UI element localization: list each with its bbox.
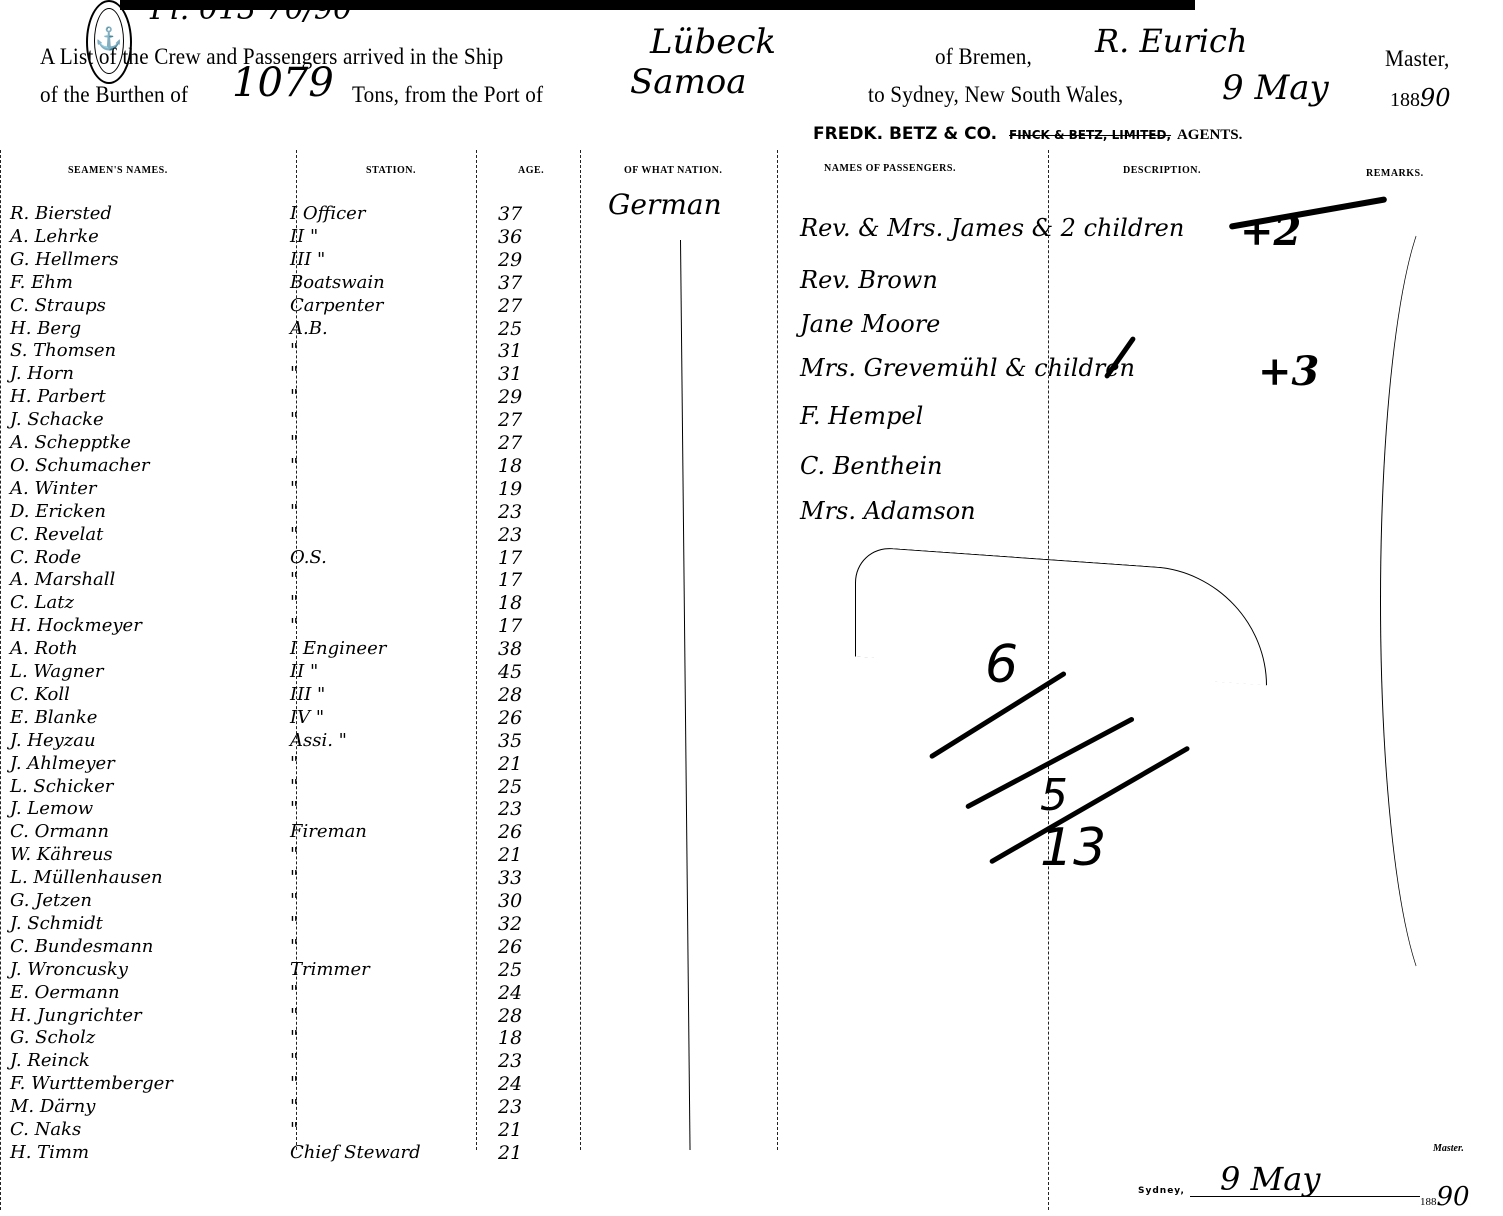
master-name: R. Eurich <box>1095 22 1247 60</box>
crew-name: M. Därny <box>10 1096 95 1117</box>
crew-name: R. Biersted <box>10 203 112 224</box>
crew-row: M. Därny"23 <box>0 1096 600 1118</box>
agent-active: FREDK. BETZ & CO. <box>813 124 997 144</box>
crew-age: 21 <box>498 1142 522 1164</box>
crew-name: E. Oermann <box>10 982 120 1003</box>
crew-name: W. Kähreus <box>10 844 113 865</box>
col-remarks: Remarks. <box>1366 168 1424 179</box>
crew-station: " <box>290 936 298 957</box>
crew-age: 31 <box>498 340 522 362</box>
header-line2-prefix: of the Burthen of <box>40 82 188 108</box>
crew-name: F. Wurttemberger <box>10 1073 173 1094</box>
crew-station: O.S. <box>290 547 327 568</box>
crew-name: L. Müllenhausen <box>10 867 163 888</box>
tally-adults: 6 <box>985 635 1018 695</box>
crew-name: C. Bundesmann <box>10 936 153 957</box>
crew-row: H. BergA.B.25 <box>0 318 600 340</box>
crew-name: J. Schacke <box>10 409 104 430</box>
crew-station: III " <box>290 684 325 705</box>
crew-name: H. Berg <box>10 318 81 339</box>
crew-station: Assi. " <box>290 730 347 751</box>
crew-station: " <box>290 432 298 453</box>
crew-age: 28 <box>498 684 522 706</box>
crew-name: C. Naks <box>10 1119 81 1140</box>
passenger-name: Mrs. Adamson <box>800 497 976 525</box>
passenger-name: F. Hempel <box>800 402 923 430</box>
crew-age: 21 <box>498 753 522 775</box>
crew-row: E. BlankeIV "26 <box>0 707 600 729</box>
port-of-origin: Samoa <box>630 62 747 102</box>
passenger-row: Rev. & Mrs. James & 2 children <box>800 214 1184 242</box>
crew-name: C. Rode <box>10 547 81 568</box>
reference-number: Pl. 013 70/90 <box>150 0 352 27</box>
crew-station: " <box>290 776 298 797</box>
crew-age: 35 <box>498 730 522 752</box>
crew-station: " <box>290 363 298 384</box>
crew-row: H. Jungrichter"28 <box>0 1005 600 1027</box>
crew-age: 27 <box>498 295 522 317</box>
crew-row: C. RodeO.S.17 <box>0 547 600 569</box>
crew-name: G. Hellmers <box>10 249 119 270</box>
crew-name: J. Wroncusky <box>10 959 128 980</box>
col-passenger-names: Names of Passengers. <box>824 163 956 174</box>
crew-age: 36 <box>498 226 522 248</box>
passenger-name: C. Benthein <box>800 452 943 480</box>
crew-station: Trimmer <box>290 959 370 980</box>
crew-row: C. Revelat"23 <box>0 524 600 546</box>
crew-station: " <box>290 982 298 1003</box>
footer-place-label: Sydney, <box>1138 1186 1185 1196</box>
crew-name: C. Ormann <box>10 821 109 842</box>
crew-name: A. Roth <box>10 638 78 659</box>
header-master-label: Master, <box>1385 46 1450 72</box>
crew-station: " <box>290 386 298 407</box>
crew-station: III " <box>290 249 325 270</box>
crew-station: " <box>290 1027 298 1048</box>
crew-row: A. Schepptke"27 <box>0 432 600 454</box>
crew-age: 29 <box>498 386 522 408</box>
crew-name: J. Heyzau <box>10 730 96 751</box>
crew-age: 27 <box>498 432 522 454</box>
crew-name: H. Hockmeyer <box>10 615 142 636</box>
header-tons-label: Tons, from the Port of <box>352 82 543 108</box>
crew-name: J. Schmidt <box>10 913 103 934</box>
footer-year: 18890 <box>1420 1182 1470 1212</box>
crew-station: " <box>290 569 298 590</box>
crew-row: C. Naks"21 <box>0 1119 600 1141</box>
ship-name: Lübeck <box>650 22 776 62</box>
crew-age: 19 <box>498 478 522 500</box>
crew-row: C. Latz"18 <box>0 592 600 614</box>
crew-station: " <box>290 1005 298 1026</box>
passenger-row: Rev. Brown <box>800 266 938 294</box>
crew-station: " <box>290 409 298 430</box>
agents-line: FREDK. BETZ & CO. FINCK & BETZ, LIMITED,… <box>813 124 1242 144</box>
crew-name: C. Latz <box>10 592 74 613</box>
crew-row: C. StraupsCarpenter27 <box>0 295 600 317</box>
crew-age: 23 <box>498 524 522 546</box>
crew-row: F. Wurttemberger"24 <box>0 1073 600 1095</box>
crew-row: D. Ericken"23 <box>0 501 600 523</box>
crew-name: J. Lemow <box>10 798 93 819</box>
crew-station: " <box>290 478 298 499</box>
crew-row: J. HeyzauAssi. "35 <box>0 730 600 752</box>
passenger-name: Rev. Brown <box>800 266 938 294</box>
crew-row: C. Bundesmann"26 <box>0 936 600 958</box>
arrival-year: 18890 <box>1390 84 1451 112</box>
tally-total: 13 <box>1040 818 1106 878</box>
col-description: Description. <box>1123 165 1201 176</box>
crew-name: C. Straups <box>10 295 106 316</box>
crew-age: 25 <box>498 959 522 981</box>
crew-row: L. Müllenhausen"33 <box>0 867 600 889</box>
crew-name: J. Reinck <box>10 1050 90 1071</box>
col-age: Age. <box>518 165 544 176</box>
crew-row: J. Reinck"23 <box>0 1050 600 1072</box>
crew-row: C. OrmannFireman26 <box>0 821 600 843</box>
crew-name: H. Timm <box>10 1142 89 1163</box>
flourish-line <box>1380 200 1502 1002</box>
crew-station: " <box>290 340 298 361</box>
crew-age: 23 <box>498 1096 522 1118</box>
crew-age: 32 <box>498 913 522 935</box>
crew-age: 23 <box>498 798 522 820</box>
crew-age: 31 <box>498 363 522 385</box>
flourish-line <box>855 546 1267 686</box>
passenger-name: Mrs. Grevemühl & children <box>800 354 1135 382</box>
passenger-row: Mrs. Adamson <box>800 497 976 525</box>
crew-name: L. Schicker <box>10 776 113 797</box>
crew-name: G. Scholz <box>10 1027 95 1048</box>
crew-station: " <box>290 592 298 613</box>
crew-station: " <box>290 501 298 522</box>
crew-station: " <box>290 753 298 774</box>
crew-row: G. Jetzen"30 <box>0 890 600 912</box>
crew-age: 29 <box>498 249 522 271</box>
crew-name: A. Winter <box>10 478 96 499</box>
crew-age: 26 <box>498 821 522 843</box>
crew-row: J. WroncuskyTrimmer25 <box>0 959 600 981</box>
crew-row: A. LehrkeII "36 <box>0 226 600 248</box>
crew-row: A. Marshall"17 <box>0 569 600 591</box>
year-handwritten: 90 <box>1420 84 1451 112</box>
year-printed: 188 <box>1390 89 1420 111</box>
header-of-port: of Bremen, <box>935 44 1032 70</box>
agent-struck: FINCK & BETZ, LIMITED, <box>1009 128 1171 142</box>
crew-row: R. BierstedI Officer37 <box>0 203 600 225</box>
passenger-row: F. Hempel <box>800 402 923 430</box>
crew-station: " <box>290 798 298 819</box>
crew-name: D. Ericken <box>10 501 106 522</box>
col-nation: Of what Nation. <box>624 165 722 176</box>
crew-station: II " <box>290 226 318 247</box>
arrival-date: 9 May <box>1222 68 1329 108</box>
crew-age: 37 <box>498 272 522 294</box>
crew-station: " <box>290 455 298 476</box>
crew-row: F. EhmBoatswain37 <box>0 272 600 294</box>
crew-station: A.B. <box>290 318 328 339</box>
footer-year-printed: 188 <box>1420 1196 1437 1208</box>
crew-name: E. Blanke <box>10 707 97 728</box>
crew-age: 26 <box>498 936 522 958</box>
crew-age: 18 <box>498 455 522 477</box>
crew-age: 25 <box>498 318 522 340</box>
crew-station: Fireman <box>290 821 367 842</box>
crew-station: Chief Steward <box>290 1142 421 1163</box>
crew-row: O. Schumacher"18 <box>0 455 600 477</box>
crew-station: " <box>290 1096 298 1117</box>
crew-age: 18 <box>498 592 522 614</box>
crew-row: G. HellmersIII "29 <box>0 249 600 271</box>
crew-station: " <box>290 890 298 911</box>
crew-age: 38 <box>498 638 522 660</box>
shipping-office-stamp: ⚓ <box>86 0 132 84</box>
tonnage: 1079 <box>232 60 334 106</box>
crew-name: A. Schepptke <box>10 432 131 453</box>
crew-row: L. Schicker"25 <box>0 776 600 798</box>
passenger-name: Rev. & Mrs. James & 2 children <box>800 214 1184 242</box>
crew-station: " <box>290 1119 298 1140</box>
crew-row: A. Winter"19 <box>0 478 600 500</box>
crew-name: J. Ahlmeyer <box>10 753 115 774</box>
crew-name: J. Horn <box>10 363 74 384</box>
crew-age: 24 <box>498 1073 522 1095</box>
nation-value: German <box>608 188 722 221</box>
footer-date: 9 May <box>1220 1160 1320 1198</box>
crew-age: 26 <box>498 707 522 729</box>
crew-row: S. Thomsen"31 <box>0 340 600 362</box>
crew-row: J. Ahlmeyer"21 <box>0 753 600 775</box>
crew-age: 21 <box>498 844 522 866</box>
crew-station: Carpenter <box>290 295 383 316</box>
crew-station: " <box>290 1050 298 1071</box>
crew-age: 17 <box>498 569 522 591</box>
crew-name: F. Ehm <box>10 272 73 293</box>
crew-age: 21 <box>498 1119 522 1141</box>
crew-row: H. Parbert"29 <box>0 386 600 408</box>
crew-name: C. Koll <box>10 684 70 705</box>
crew-age: 23 <box>498 501 522 523</box>
passenger-row: Mrs. Grevemühl & children <box>800 354 1135 382</box>
header-destination: to Sydney, New South Wales, <box>868 82 1123 108</box>
crew-station: Boatswain <box>290 272 385 293</box>
crew-station: " <box>290 524 298 545</box>
crew-station: IV " <box>290 707 324 728</box>
crew-name: C. Revelat <box>10 524 103 545</box>
footer-year-handwritten: 90 <box>1437 1182 1470 1212</box>
crew-age: 18 <box>498 1027 522 1049</box>
crew-name: H. Parbert <box>10 386 106 407</box>
crew-station: " <box>290 844 298 865</box>
crew-station: II " <box>290 661 318 682</box>
crew-row: E. Oermann"24 <box>0 982 600 1004</box>
column-divider <box>777 150 778 1150</box>
crew-name: O. Schumacher <box>10 455 149 476</box>
crew-row: J. Schmidt"32 <box>0 913 600 935</box>
crew-row: J. Schacke"27 <box>0 409 600 431</box>
ditto-line <box>680 240 691 1150</box>
crew-name: G. Jetzen <box>10 890 92 911</box>
crew-age: 24 <box>498 982 522 1004</box>
crew-age: 23 <box>498 1050 522 1072</box>
crew-row: G. Scholz"18 <box>0 1027 600 1049</box>
crew-age: 30 <box>498 890 522 912</box>
crew-name: S. Thomsen <box>10 340 116 361</box>
crew-station: " <box>290 615 298 636</box>
passenger-row: Jane Moore <box>800 310 940 338</box>
crew-row: L. WagnerII "45 <box>0 661 600 683</box>
passenger-name: Jane Moore <box>800 310 940 338</box>
footer-master-label: Master. <box>1433 1143 1464 1154</box>
passenger-row: C. Benthein <box>800 452 943 480</box>
col-seamen-names: Seamen's Names. <box>68 165 168 176</box>
crew-age: 17 <box>498 547 522 569</box>
crew-row: H. Hockmeyer"17 <box>0 615 600 637</box>
crew-age: 17 <box>498 615 522 637</box>
crew-name: L. Wagner <box>10 661 103 682</box>
crew-station: " <box>290 913 298 934</box>
crew-age: 37 <box>498 203 522 225</box>
crew-name: A. Marshall <box>10 569 115 590</box>
crew-row: W. Kähreus"21 <box>0 844 600 866</box>
crew-name: H. Jungrichter <box>10 1005 142 1026</box>
crew-age: 45 <box>498 661 522 683</box>
crew-station: I Officer <box>290 203 365 224</box>
crew-age: 33 <box>498 867 522 889</box>
crew-row: J. Lemow"23 <box>0 798 600 820</box>
tally-children: 5 <box>1040 770 1068 821</box>
crew-age: 27 <box>498 409 522 431</box>
crew-age: 28 <box>498 1005 522 1027</box>
passenger-remark: +3 <box>1258 348 1319 395</box>
crew-row: H. TimmChief Steward21 <box>0 1142 600 1164</box>
col-station: Station. <box>366 165 416 176</box>
crew-age: 25 <box>498 776 522 798</box>
crew-row: A. RothI Engineer38 <box>0 638 600 660</box>
crew-station: " <box>290 1073 298 1094</box>
agents-suffix: AGENTS. <box>1177 127 1242 143</box>
crew-row: C. KollIII "28 <box>0 684 600 706</box>
crew-station: " <box>290 867 298 888</box>
crew-row: J. Horn"31 <box>0 363 600 385</box>
crew-station: I Engineer <box>290 638 386 659</box>
crew-name: A. Lehrke <box>10 226 99 247</box>
